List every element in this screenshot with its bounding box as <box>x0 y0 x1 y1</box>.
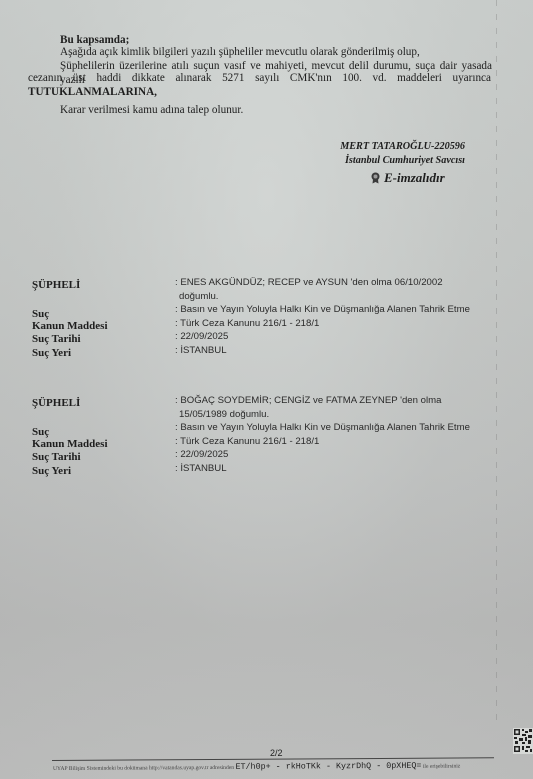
crime-place-value: : İSTANBUL <box>175 463 227 474</box>
footer-prefix: UYAP Bilişim Sistemindeki bu dokümana ht… <box>53 765 234 772</box>
crime-place-label: Suç Yeri <box>32 347 71 359</box>
law-label: Kanun Maddesi <box>32 438 108 450</box>
suspect-label: ŞÜPHELİ <box>32 397 80 409</box>
law-value: : Türk Ceza Kanunu 216/1 - 218/1 <box>175 318 319 329</box>
document-page: Bu kapsamda; Aşağıda açık kimlik bilgile… <box>0 0 533 779</box>
crime-date-label: Suç Tarihi <box>32 451 81 463</box>
suspect-identity-cont: doğumlu. <box>179 291 218 302</box>
paper-fold-line <box>496 0 497 720</box>
crime-value: : Basın ve Yayın Yoluyla Halkı Kin ve Dü… <box>175 422 470 433</box>
paragraph-request: Karar verilmesi kamu adına talep olunur. <box>60 103 243 117</box>
seal-icon <box>370 172 381 184</box>
crime-date-value: : 22/09/2025 <box>175 449 228 460</box>
crime-value: : Basın ve Yayın Yoluyla Halkı Kin ve Dü… <box>175 304 470 315</box>
footer-verification: UYAP Bilişim Sistemindeki bu dokümana ht… <box>53 760 503 773</box>
crime-date-label: Suç Tarihi <box>32 333 81 345</box>
paragraph-intro: Aşağıda açık kimlik bilgileri yazılı şüp… <box>60 45 420 59</box>
e-signature-badge: E-imzalıdır <box>370 170 445 186</box>
suspect-identity: : BOĞAÇ SOYDEMİR; CENGİZ ve FATMA ZEYNEP… <box>175 395 441 406</box>
suspect-label: ŞÜPHELİ <box>32 279 80 291</box>
suspect-record: ŞÜPHELİ: BOĞAÇ SOYDEMİR; CENGİZ ve FATMA… <box>32 395 512 476</box>
suspect-identity: : ENES AKGÜNDÜZ; RECEP ve AYSUN 'den olm… <box>175 277 443 288</box>
crime-date-value: : 22/09/2025 <box>175 331 228 342</box>
prosecutor-name: MERT TATAROĞLU-220596 <box>340 140 465 154</box>
suspect-record: ŞÜPHELİ: ENES AKGÜNDÜZ; RECEP ve AYSUN '… <box>32 277 512 358</box>
qr-code-icon <box>513 728 533 754</box>
law-value: : Türk Ceza Kanunu 216/1 - 218/1 <box>175 436 319 447</box>
crime-place-value: : İSTANBUL <box>175 345 227 356</box>
prosecutor-title: İstanbul Cumhuriyet Savcısı <box>340 154 465 168</box>
law-label: Kanun Maddesi <box>32 320 108 332</box>
suspect-identity-cont: 15/05/1989 doğumlu. <box>179 409 269 420</box>
paragraph-reasoning-line-2: cezanın üst haddi dikkate alınarak 5271 … <box>28 72 491 84</box>
e-signature-label: E-imzalıdır <box>384 170 445 186</box>
page-number: 2/2 <box>270 748 283 758</box>
signature-block: MERT TATAROĞLU-220596 İstanbul Cumhuriye… <box>340 140 465 168</box>
verification-code: ET/h0p+ - rkHoTKk - KyzrDhQ - 0pXHEQ= <box>235 761 421 772</box>
paragraph-reasoning-decision: TUTUKLANMALARINA, <box>28 86 157 98</box>
footer-suffix: ile erişebilirsiniz <box>423 764 460 770</box>
crime-place-label: Suç Yeri <box>32 465 71 477</box>
